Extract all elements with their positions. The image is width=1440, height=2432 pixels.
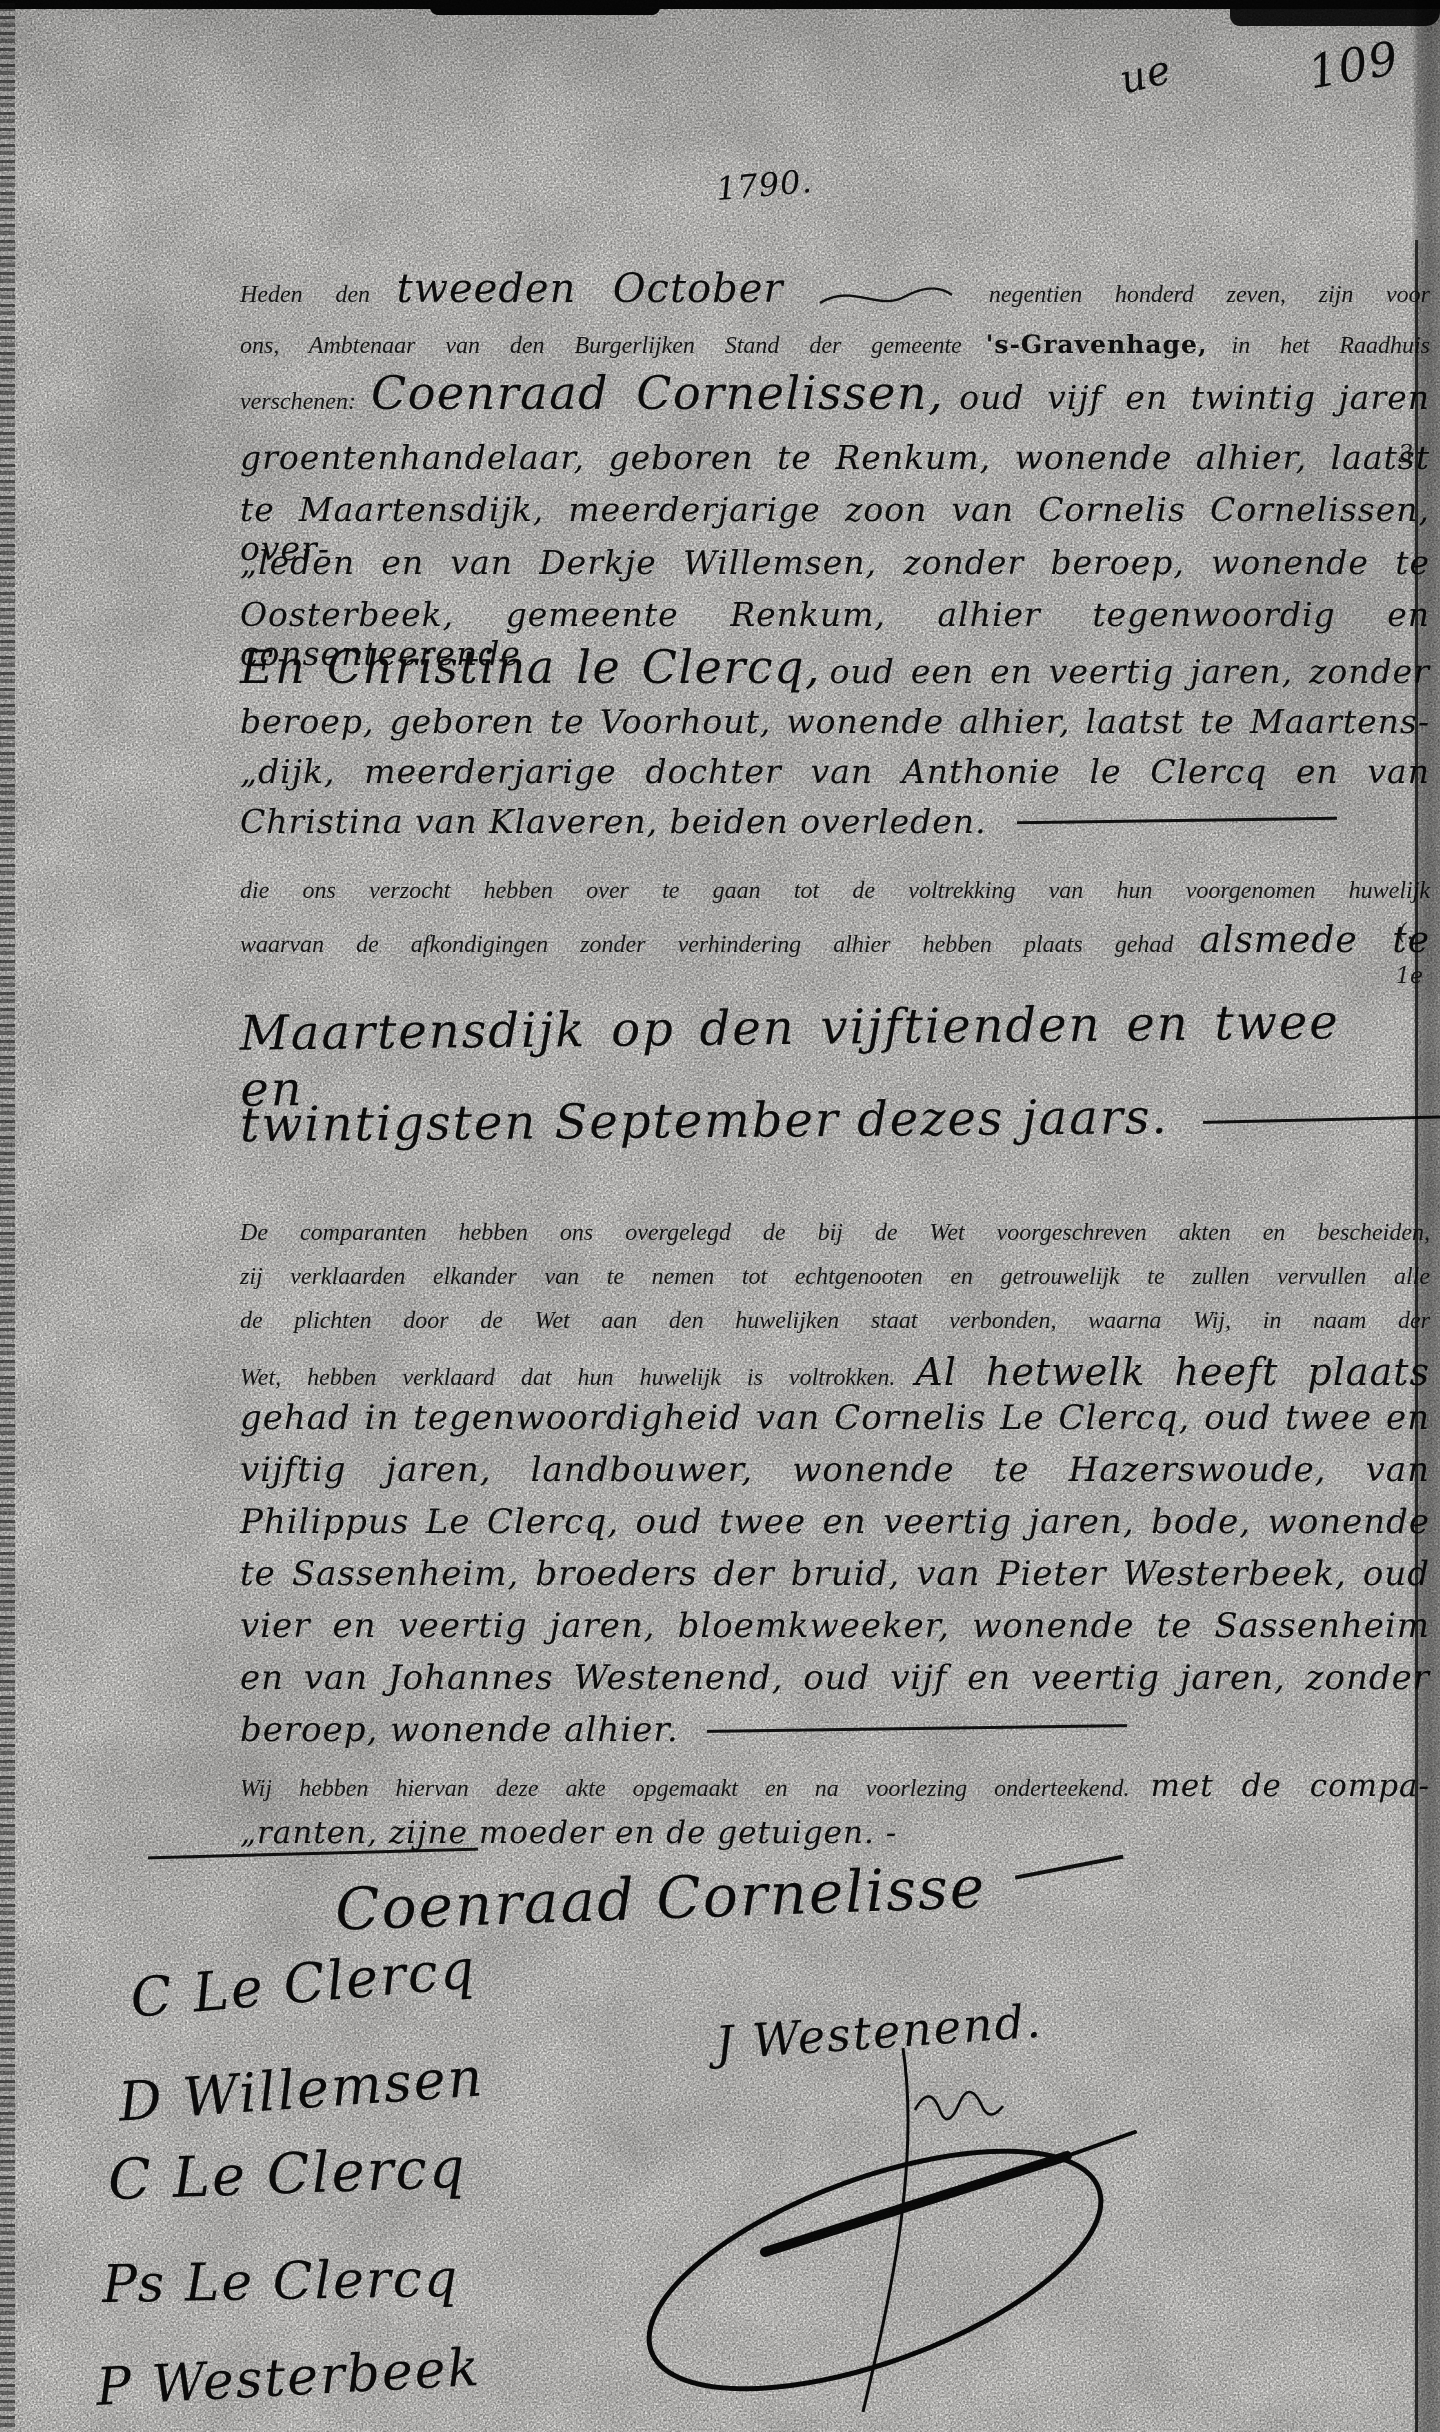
act-line-20: gehad in tegenwoordigheid van Cornelis L… <box>240 1398 1430 1438</box>
act-number: 1790. <box>715 162 815 208</box>
ink-rule <box>1203 1114 1440 1124</box>
groom-name: Coenraad Cornelissen, <box>371 366 944 420</box>
act-line-19: Wet, hebben verklaard dat hun huwelijk i… <box>240 1350 1430 1394</box>
act-line-16: De comparanten hebben ons overgelegd de … <box>240 1220 1430 1247</box>
signature-flourish-stroke <box>1014 1855 1123 1880</box>
signature-mother: D Willemsen <box>116 2045 486 2133</box>
page-fold-line <box>1415 240 1418 2432</box>
scan-edge-top <box>0 0 1440 9</box>
handwritten-text: met de compa- <box>1151 1768 1430 1804</box>
act-line-15: twintigsten September dezes jaars. <box>240 1087 1430 1153</box>
act-line-28: „ranten, zijne moeder en de getuigen. - <box>240 1815 1430 1851</box>
act-line-13: waarvan de afkondigingen zonder verhinde… <box>240 920 1430 961</box>
act-line-21: vijftig jaren, landbouwer, wonende te Ha… <box>240 1450 1430 1490</box>
scan-shading-top <box>0 0 1440 170</box>
municipality-name: 's-Gravenhage, <box>986 330 1208 359</box>
ink-rule <box>707 1724 1127 1733</box>
scan-edge-left <box>0 0 15 2432</box>
ink-rule <box>1017 817 1337 824</box>
act-line-4: groentenhandelaar, geboren te Renkum, wo… <box>240 438 1430 477</box>
act-line-23: te Sassenheim, broeders der bruid, van P… <box>240 1554 1430 1594</box>
signature-witness-3: C Le Clercq <box>107 2136 468 2213</box>
official-signature-flourish <box>615 2040 1160 2420</box>
printed-text: in het Raadhuis <box>1232 333 1430 359</box>
act-line-25: en van Johannes Westenend, oud vijf en v… <box>240 1658 1430 1698</box>
act-line-26: beroep, wonende alhier. <box>240 1710 1430 1750</box>
act-line-12: die ons verzocht hebben over te gaan tot… <box>240 878 1430 905</box>
printed-text: Wij hebben hiervan deze akte opgemaakt e… <box>240 1776 1129 1802</box>
printed-text: waarvan de afkondigingen zonder verhinde… <box>240 932 1173 958</box>
act-line-6: „leden en van Derkje Willemsen, zonder b… <box>240 543 1430 582</box>
act-line-10: „dijk, meerderjarige dochter van Anthoni… <box>240 752 1430 791</box>
signature-witness-5: P Westerbeek <box>95 2338 483 2418</box>
handwritten-text: alsmede te <box>1199 920 1430 961</box>
act-line-3: verschenen: Coenraad Cornelissen, oud vi… <box>240 366 1430 420</box>
act-line-11: Christina van Klaveren, beiden overleden… <box>240 802 1430 841</box>
wedding-date: tweeden October <box>397 266 784 312</box>
bride-name: En Christina le Clercq, <box>240 640 821 694</box>
handwritten-text: beroep, wonende alhier. <box>240 1710 679 1750</box>
printed-text: ons, Ambtenaar van den Burgerlijken Stan… <box>240 333 962 359</box>
handwritten-text: oud een en veertig jaren, zonder <box>830 652 1430 691</box>
act-line-18: de plichten door de Wet aan den huwelijk… <box>240 1308 1430 1335</box>
act-line-17: zij verklaarden elkander van te nemen to… <box>240 1264 1430 1291</box>
margin-mark-1: 3 <box>1398 440 1413 468</box>
printed-text: negentien honderd zeven, zijn voor <box>989 282 1430 308</box>
scan-edge-top-right-blob <box>1230 0 1440 26</box>
date-flourish <box>816 283 956 313</box>
handwritten-text: Al hetwelk heeft plaats <box>915 1350 1430 1394</box>
signature-groom: Coenraad Cornelisse <box>334 1848 1125 1944</box>
signature-witness-4: Ps Le Clercq <box>102 2249 460 2315</box>
act-line-24: vier en veertig jaren, bloemkweeker, won… <box>240 1606 1430 1646</box>
handwritten-text: oud vijf en twintig jaren <box>959 378 1430 417</box>
act-line-9: beroep, geboren te Voorhout, wonende alh… <box>240 702 1430 741</box>
handwritten-text: twintigsten September dezes jaars. <box>240 1089 1169 1153</box>
act-line-2: ons, Ambtenaar van den Burgerlijken Stan… <box>240 330 1430 360</box>
scanned-marriage-certificate: ue 109 1790. Heden den tweeden October n… <box>0 0 1440 2432</box>
act-line-1: Heden den tweeden October negentien hond… <box>240 266 1430 313</box>
printed-text: Wet, hebben verklaard dat hun huwelijk i… <box>240 1365 895 1391</box>
printed-text: Heden den <box>240 282 370 308</box>
act-line-22: Philippus Le Clercq, oud twee en veertig… <box>240 1502 1430 1542</box>
printed-text: verschenen: <box>240 389 356 415</box>
act-line-8: En Christina le Clercq, oud een en veert… <box>240 640 1430 694</box>
scan-edge-top-bump <box>430 0 660 15</box>
act-line-27: Wij hebben hiervan deze akte opgemaakt e… <box>240 1768 1430 1804</box>
handwritten-text: Christina van Klaveren, beiden overleden… <box>240 802 987 841</box>
signature-witness-1: C Le Clercq <box>128 1937 479 2030</box>
signature-text: Coenraad Cornelisse <box>334 1853 987 1944</box>
